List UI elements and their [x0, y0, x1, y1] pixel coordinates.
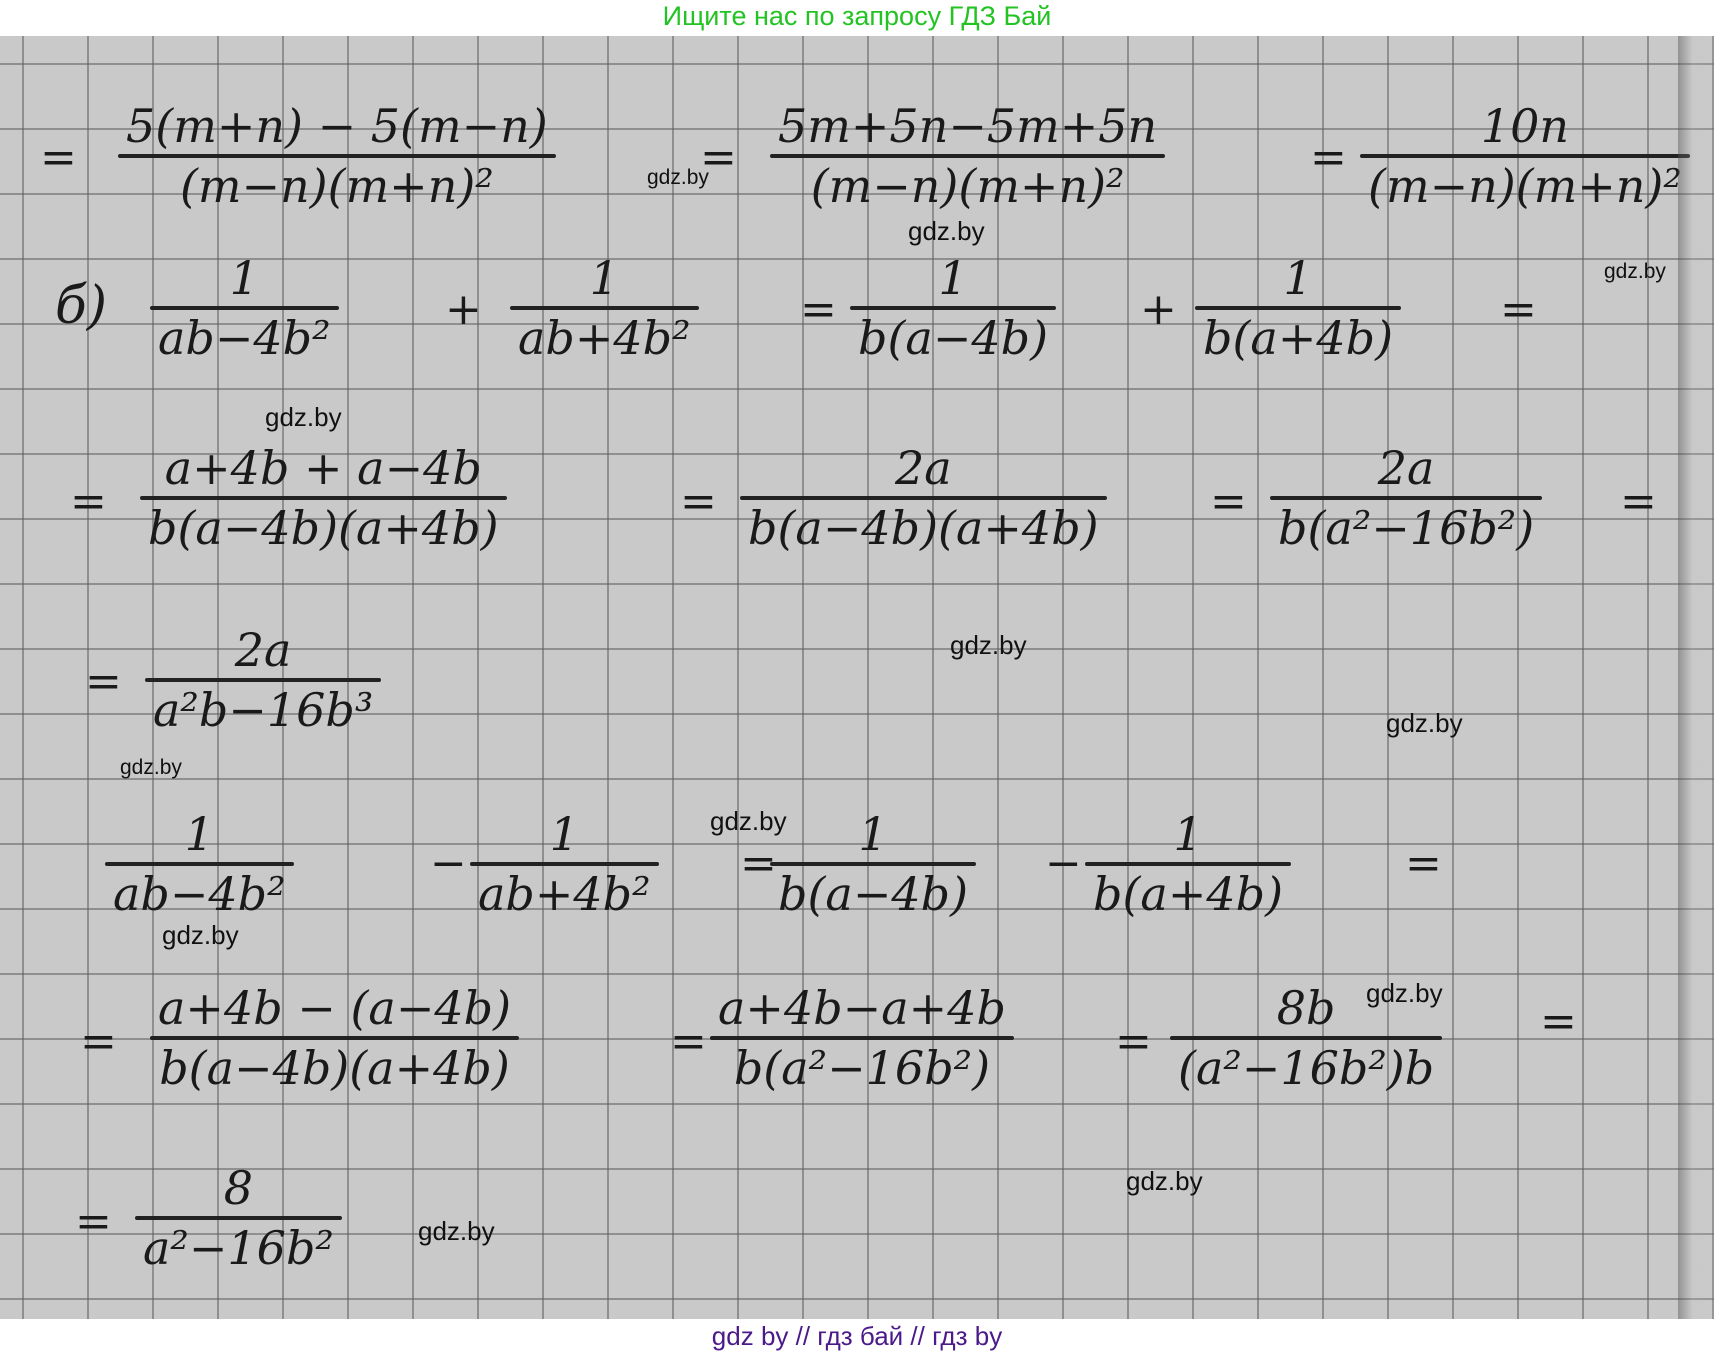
- plus-sign: +: [445, 284, 482, 335]
- fraction: 1 ab+4b²: [510, 250, 699, 366]
- denominator: b(a−4b): [850, 310, 1056, 366]
- fraction: 1 ab−4b²: [105, 806, 294, 922]
- fraction: a+4b + a−4b b(a−4b)(a+4b): [140, 440, 507, 556]
- denominator: (m−n)(m+n)²: [803, 158, 1133, 214]
- numerator: 1: [582, 250, 627, 306]
- equals-sign: =: [680, 476, 717, 527]
- denominator: b(a²−16b²): [1270, 500, 1542, 556]
- equals-sign: =: [75, 1196, 112, 1247]
- equals-sign: =: [40, 132, 77, 183]
- numerator: 2a: [227, 622, 300, 678]
- plus-sign: +: [1140, 284, 1177, 335]
- watermark: gdz.by: [162, 920, 239, 951]
- numerator: 1: [542, 806, 587, 862]
- denominator: ab−4b²: [105, 866, 294, 922]
- fraction: a+4b − (a−4b) b(a−4b)(a+4b): [150, 980, 519, 1096]
- denominator: (a²−16b²)b: [1170, 1040, 1442, 1096]
- watermark: gdz.by: [120, 756, 182, 780]
- fraction: 2a a²b−16b³: [145, 622, 381, 738]
- fraction: 1 b(a−4b): [770, 806, 976, 922]
- numerator: 1: [930, 250, 975, 306]
- denominator: ab+4b²: [510, 310, 699, 366]
- numerator: 8b: [1269, 980, 1344, 1036]
- watermark: gdz.by: [1366, 978, 1443, 1009]
- fraction: a+4b−a+4b b(a²−16b²): [710, 980, 1014, 1096]
- equals-sign: =: [1500, 284, 1537, 335]
- numerator: 1: [850, 806, 895, 862]
- fraction: 2a b(a²−16b²): [1270, 440, 1542, 556]
- fraction: 1 b(a+4b): [1195, 250, 1401, 366]
- watermark: gdz.by: [950, 630, 1027, 661]
- denominator: b(a+4b): [1195, 310, 1401, 366]
- watermark: gdz.by: [1126, 1166, 1203, 1197]
- site-footer: gdz by // гдз бай // гдз by: [0, 1319, 1714, 1353]
- numerator: a+4b−a+4b: [710, 980, 1014, 1036]
- notebook-scan: = 5(m+n) − 5(m−n) (m−n)(m+n)² = 5m+5n−5m…: [0, 36, 1714, 1319]
- denominator: b(a−4b)(a+4b): [151, 1040, 518, 1096]
- numerator: 10n: [1473, 98, 1577, 154]
- denominator: ab−4b²: [150, 310, 339, 366]
- denominator: b(a−4b): [770, 866, 976, 922]
- numerator: 8: [216, 1160, 261, 1216]
- fraction: 8 a²−16b²: [135, 1160, 342, 1276]
- equals-sign: =: [70, 476, 107, 527]
- denominator: b(a+4b): [1085, 866, 1291, 922]
- equals-sign: =: [1540, 996, 1577, 1047]
- equals-sign: =: [670, 1016, 707, 1067]
- watermark: gdz.by: [418, 1216, 495, 1247]
- watermark: gdz.by: [908, 216, 985, 247]
- equals-sign: =: [85, 656, 122, 707]
- fraction: 2a b(a−4b)(a+4b): [740, 440, 1107, 556]
- minus-sign: −: [430, 838, 467, 889]
- numerator: 2a: [887, 440, 960, 496]
- numerator: 1: [177, 806, 222, 862]
- fraction: 5m+5n−5m+5n (m−n)(m+n)²: [770, 98, 1165, 214]
- numerator: 5m+5n−5m+5n: [770, 98, 1165, 154]
- fraction: 1 b(a−4b): [850, 250, 1056, 366]
- denominator: a²−16b²: [135, 1220, 342, 1276]
- watermark: gdz.by: [1386, 708, 1463, 739]
- fraction: 1 ab−4b²: [150, 250, 339, 366]
- numerator: 1: [1165, 806, 1210, 862]
- denominator: ab+4b²: [470, 866, 659, 922]
- fraction: 5(m+n) − 5(m−n) (m−n)(m+n)²: [118, 98, 556, 214]
- equals-sign: =: [1210, 476, 1247, 527]
- watermark: gdz.by: [710, 806, 787, 837]
- numerator: 1: [1275, 250, 1320, 306]
- denominator: b(a²−16b²): [726, 1040, 998, 1096]
- fraction: 1 ab+4b²: [470, 806, 659, 922]
- numerator: 2a: [1370, 440, 1443, 496]
- watermark: gdz.by: [1604, 260, 1666, 284]
- fraction: 1 b(a+4b): [1085, 806, 1291, 922]
- search-banner: Ищите нас по запросу ГДЗ Бай: [0, 0, 1714, 36]
- denominator: b(a−4b)(a+4b): [140, 500, 507, 556]
- minus-sign: −: [1045, 838, 1082, 889]
- denominator: a²b−16b³: [145, 682, 381, 738]
- equals-sign: =: [1310, 132, 1347, 183]
- equals-sign: =: [1405, 838, 1442, 889]
- watermark: gdz.by: [265, 402, 342, 433]
- equals-sign: =: [800, 284, 837, 335]
- numerator: a+4b + a−4b: [157, 440, 490, 496]
- numerator: 5(m+n) − 5(m−n): [118, 98, 556, 154]
- denominator: b(a−4b)(a+4b): [740, 500, 1107, 556]
- denominator: (m−n)(m+n)²: [172, 158, 502, 214]
- denominator: (m−n)(m+n)²: [1360, 158, 1690, 214]
- watermark: gdz.by: [647, 166, 709, 190]
- part-label: б): [55, 276, 107, 336]
- equals-sign: =: [1115, 1016, 1152, 1067]
- equals-sign: =: [80, 1016, 117, 1067]
- equals-sign: =: [1620, 476, 1657, 527]
- fraction: 10n (m−n)(m+n)²: [1360, 98, 1690, 214]
- numerator: 1: [222, 250, 267, 306]
- numerator: a+4b − (a−4b): [150, 980, 519, 1036]
